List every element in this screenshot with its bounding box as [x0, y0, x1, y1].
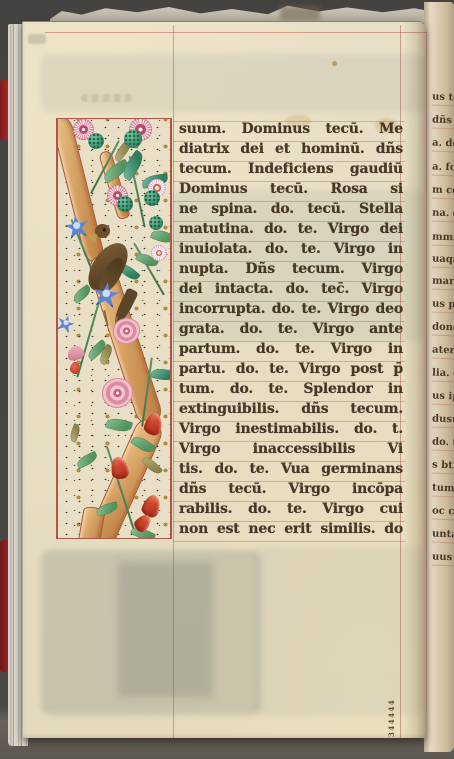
manuscript-text-line: ne spina. do. tecū. Stella — [179, 199, 403, 219]
next-page-text-fragment: tum fr — [432, 483, 454, 498]
next-page-edge: us tedñs ta. do. ta. fonem copina. dmmie… — [424, 2, 454, 752]
manuscript-text-line: Dominus tecū. Rosa si — [179, 179, 403, 199]
bird-leg — [103, 310, 108, 326]
vertical-shelfmark: 344444 — [387, 689, 396, 737]
top-page-edges — [50, 3, 446, 23]
manuscript-text-line: tecum. Indeficiens gaudiū — [179, 159, 403, 179]
next-page-text-fragment: do. t. a — [432, 437, 454, 452]
manuscript-text-line: non est nec erit similis. do — [179, 519, 403, 539]
manuscript-text-line: grata. do. te. Virgo ante — [179, 319, 403, 339]
folio-number-smudge — [28, 34, 46, 44]
manuscript-text-line: nupta. Dñs tecum. Virgo — [179, 259, 403, 279]
manuscript-text-line: rabilis. do. te. Virgo cui — [179, 499, 403, 519]
manuscript-text-line: incorrupta. do. te. Virgo deo — [179, 299, 403, 319]
manuscript-text-line: partum. do. te. Virgo in — [179, 339, 403, 359]
manuscript-text-line: Virgo inaccessibilis Vi — [179, 439, 403, 459]
page-fold-shadow — [404, 22, 426, 738]
manuscript-text-line: matutina. do. te. Virgo dei — [179, 219, 403, 239]
show-through-band — [41, 54, 427, 112]
ruled-line-top — [45, 32, 427, 33]
next-page-text-fragment: donow — [432, 322, 454, 337]
next-page-text-fragment: m copi — [432, 185, 454, 200]
next-page-text-fragment: oc cele — [432, 506, 454, 521]
next-page-text-fragment: a. fone — [432, 162, 454, 177]
next-page-text-fragment: mara: — [432, 276, 454, 291]
thistle-flower — [149, 216, 163, 230]
top-page-edges-dark-patch — [280, 6, 320, 20]
manuscript-text-line: tum. do. te. Splendor in — [179, 379, 403, 399]
leaf — [150, 367, 172, 383]
next-page-text-fragment: uaqa. — [432, 254, 454, 269]
show-through-band — [253, 547, 423, 715]
daisy-flower — [151, 245, 167, 261]
next-page-text-fragment: dusue — [432, 414, 454, 429]
manuscript-text-line: inuiolata. do. te. Virgo in — [179, 239, 403, 259]
next-page-text-fragment: us te — [432, 92, 454, 107]
thistle-flower — [144, 190, 160, 206]
next-page-text-fragment: uus et — [432, 552, 454, 567]
thistle-flower — [88, 133, 104, 149]
manuscript-text-line: dñs tecū. Virgo incōpa — [179, 479, 403, 499]
next-page-text-fragment: ater dei — [432, 345, 454, 360]
next-page-text-fragment: a. do. t — [432, 138, 454, 153]
show-through-band — [118, 562, 213, 697]
thistle-flower — [117, 196, 133, 212]
text-block: suum. Dominus tecū. Mediatrix dei et hom… — [179, 119, 403, 543]
leaf — [75, 451, 99, 469]
rose-flower — [102, 378, 133, 408]
next-page-text-fragment: mmie — [432, 232, 454, 247]
manuscript-text-line: Virgo inestimabilis. do. t. — [179, 419, 403, 439]
manuscript-text-line: diatrix dei et hominū. dñs — [179, 139, 403, 159]
columbine-flower — [56, 312, 78, 335]
next-page-text-fragment: s bt. p — [432, 460, 454, 475]
thistle-flower — [124, 130, 142, 148]
next-page-text-fragment: us po — [432, 299, 454, 314]
leaf — [105, 416, 133, 434]
next-page-text-fragment: dñs t — [432, 115, 454, 130]
illuminated-border-panel — [56, 118, 172, 539]
manuscript-page: suum. Dominus tecū. Mediatrix dei et hom… — [22, 21, 426, 738]
manuscript-text-line: dei intacta. do. tec̄. Virgo — [179, 279, 403, 299]
next-page-text-fragment: na. d — [432, 208, 454, 223]
next-page-text-fragment: us iplo — [432, 391, 454, 406]
next-page-text-fragment: untat — [432, 529, 454, 544]
manuscript-photo: us tedñs ta. do. ta. fonem copina. dmmie… — [0, 0, 454, 759]
pencil-smudge — [81, 94, 133, 102]
manuscript-text-line: suum. Dominus tecū. Me — [179, 119, 403, 139]
manuscript-text-line: partu. do. te. Virgo post p̄ — [179, 359, 403, 379]
manuscript-text-line: tis. do. te. Vua germinans — [179, 459, 403, 479]
stain-mark — [332, 61, 337, 66]
leaf — [150, 227, 172, 245]
next-page-text-fragment: lia. do. — [432, 368, 454, 383]
manuscript-text-line: extinguibilis. dñs tecum. — [179, 399, 403, 419]
leaf — [68, 423, 82, 443]
